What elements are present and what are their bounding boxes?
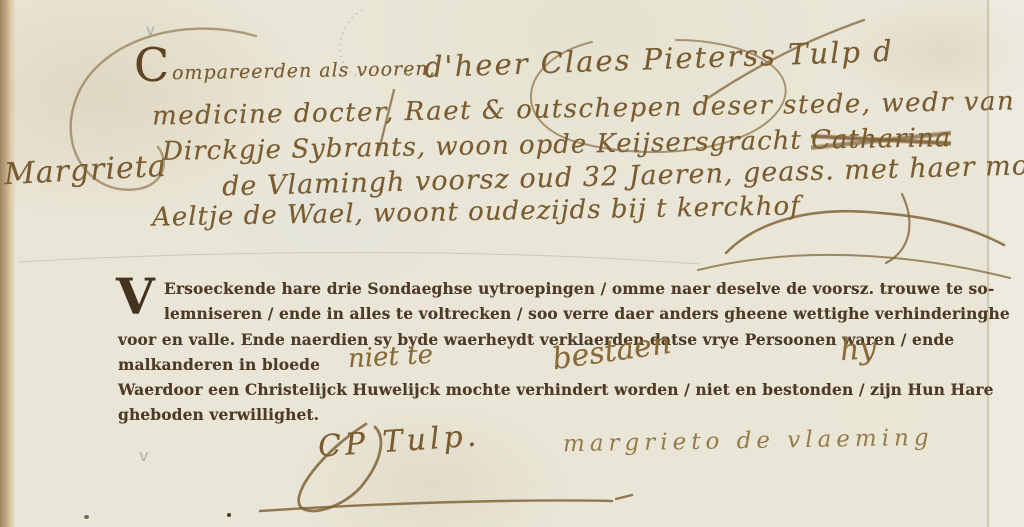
entry-line1-groom-name: d'heer Claes Pieterss Tulp d xyxy=(424,34,895,84)
book-binding-edge xyxy=(0,0,16,527)
page-right-margin xyxy=(990,0,1024,527)
printed-line-2: lemniseren / ende in alles te voltrecken… xyxy=(164,304,1010,323)
entry-line1-opening: ompareerden als vooren, xyxy=(172,58,436,85)
printed-drop-cap: V xyxy=(116,272,155,322)
insert-word-3: hy xyxy=(839,331,878,368)
page-fold-crease xyxy=(987,0,989,527)
ink-dot-right xyxy=(227,513,231,517)
paraph-hook xyxy=(886,194,909,263)
bride-signature: margrieto de vlaeming xyxy=(563,425,934,457)
tulp-signature-underline xyxy=(260,495,632,511)
entry-initial-letter: C xyxy=(134,38,169,92)
pencil-check-mark-top: v xyxy=(146,21,155,39)
groom-signature: CP Tulp. xyxy=(317,418,481,464)
paraph-lower-stroke xyxy=(698,255,1010,278)
printed-line-6: gheboden verwillighet. xyxy=(118,405,319,424)
margin-bride-name: Margrieta xyxy=(3,149,167,192)
pencil-check-mark-bottom: v xyxy=(139,446,148,465)
printed-line-3: voor en valle. Ende naerdien sy byde wae… xyxy=(118,330,954,349)
entry-struck-name: Catharina xyxy=(811,123,952,155)
insert-word-1: niet te xyxy=(347,340,433,374)
faint-underline xyxy=(18,253,700,265)
printed-line-4: malkanderen in bloede xyxy=(118,355,320,374)
printed-line-1: Ersoeckende hare drie Sondaeghse uytroep… xyxy=(164,279,994,298)
manuscript-page: C ompareerden als vooren, d'heer Claes P… xyxy=(0,0,1024,527)
printed-line-5: Waerdoor een Christelijck Huwelijck moch… xyxy=(118,380,994,399)
ink-dot-left xyxy=(84,515,89,519)
